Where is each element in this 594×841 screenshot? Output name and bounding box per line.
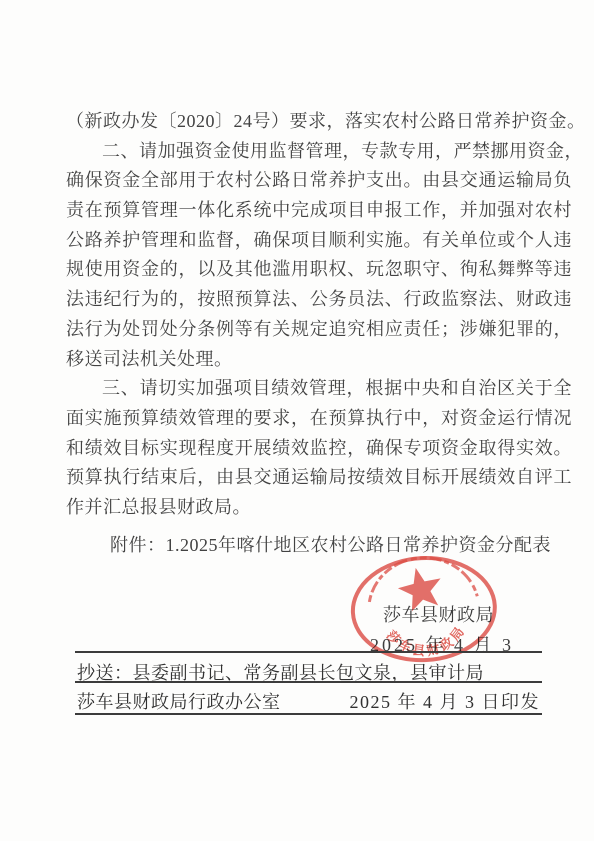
print-date: 2025 年 4 月 3 日印发 xyxy=(350,688,541,714)
scanned-document-page: （新政办发〔2020〕24号）要求，落实农村公路日常养护资金。 二、请加强资金使… xyxy=(0,0,594,841)
body-text-line: 法行为处罚处分条例等有关规定追究相应责任；涉嫌犯罪的， xyxy=(66,315,572,345)
body-text-line: 三、请切实加强项目绩效管理，根据中央和自治区关于全 xyxy=(66,374,572,404)
body-text-line: 作并汇总报县财政局。 xyxy=(66,493,572,523)
body-text-line: 面实施预算绩效管理的要求，在预算执行中，对资金运行情况 xyxy=(66,404,572,434)
footer-divider xyxy=(75,681,542,683)
body-text-line: 确保资金全部用于农村公路日常养护支出。由县交通运输局负 xyxy=(66,166,572,196)
body-text-line: （新政办发〔2020〕24号）要求，落实农村公路日常养护资金。 xyxy=(66,107,572,137)
body-text-line: 公路养护管理和监督，确保项目顺利实施。有关单位或个人违 xyxy=(66,226,572,256)
body-text-line: 移送司法机关处理。 xyxy=(66,345,572,375)
document-body: （新政办发〔2020〕24号）要求，落实农村公路日常养护资金。 二、请加强资金使… xyxy=(66,107,572,523)
issuing-office: 莎车县财政局行政办公室 xyxy=(77,688,281,714)
body-text-line: 法违纪行为的，按照预算法、公务员法、行政监察法、财政违 xyxy=(66,285,572,315)
body-text-line: 预算执行结束后，由县交通运输局按绩效目标开展绩效自评工 xyxy=(66,463,572,493)
body-text-line: 规使用资金的，以及其他滥用职权、玩忽职守、徇私舞弊等违 xyxy=(66,255,572,285)
body-text-line: 责在预算管理一体化系统中完成项目申报工作，并加强对农村 xyxy=(66,196,572,226)
official-seal: 莎 车 县 财 政 局 xyxy=(341,548,511,676)
footer-divider xyxy=(75,713,542,715)
footer-divider xyxy=(75,651,542,653)
seal-star-icon xyxy=(394,563,446,613)
body-text-line: 二、请加强资金使用监督管理，专款专用，严禁挪用资金， xyxy=(66,137,572,167)
body-text-line: 和绩效目标实现程度开展绩效监控，确保专项资金取得实效。 xyxy=(66,434,572,464)
